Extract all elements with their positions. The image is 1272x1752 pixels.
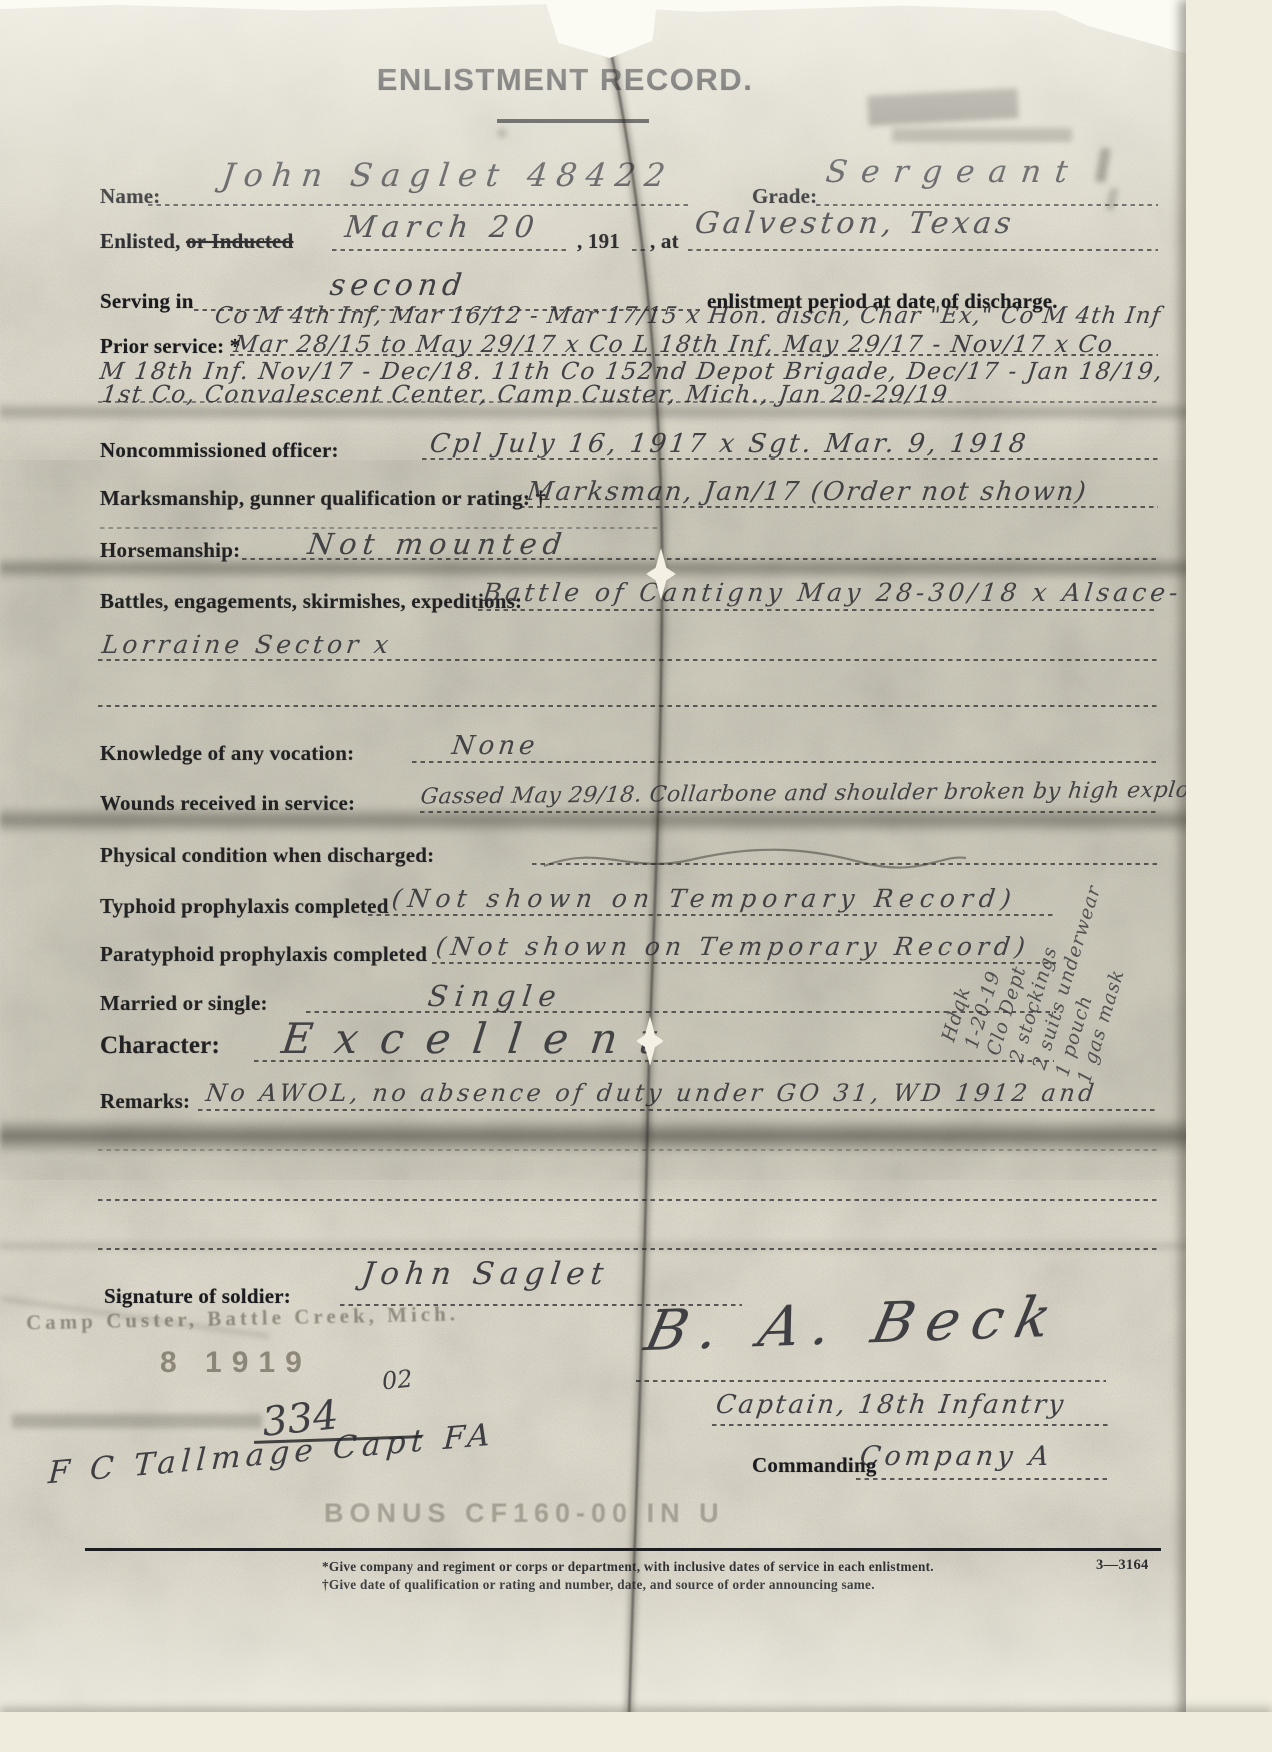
bonus-stamp: BONUS CF160-00 IN U [324, 1498, 725, 1529]
battles-label: Battles, engagements, skirmishes, expedi… [100, 589, 522, 614]
enlisted-year-label: , 191 [577, 229, 620, 254]
title-rule [497, 119, 649, 123]
enlisted-place-value: Galveston, Texas [693, 206, 1017, 241]
serving-value: second [328, 268, 469, 303]
name-label: Name: [100, 184, 160, 209]
backing-sheet-bottom [0, 1712, 1272, 1752]
dotted-line [688, 249, 1158, 251]
enlisted-date-value: March 20 [343, 210, 542, 245]
smudged-stamp-remnant [867, 88, 1018, 126]
commanding-value: Company A [858, 1441, 1054, 1472]
footnote-2: †Give date of qualification or rating an… [322, 1577, 875, 1593]
soldier-signature-value: John Saglet [360, 1256, 612, 1292]
nco-value: Cpl July 16, 1917 x Sgt. Mar. 9, 1918 [428, 429, 1030, 459]
crease-band [0, 556, 1272, 580]
prior-service-line1: Mar 28/15 to May 29/17 x Co L 18th Inf, … [232, 330, 1115, 358]
torn-top-tab [545, 0, 657, 58]
ink-speck [1105, 187, 1118, 210]
crease-band [0, 1240, 1272, 1252]
physical-scribble [540, 840, 970, 876]
crease-band [0, 806, 1272, 834]
dotted-line [332, 249, 570, 251]
dotted-line [636, 1380, 1106, 1382]
vocation-value: None [450, 731, 540, 761]
remarks-line1: No AWOL, no absence of duty under GO 31,… [204, 1079, 1099, 1107]
officer-title: Captain, 18th Infantry [714, 1390, 1067, 1420]
marksmanship-value: Marksman, Jan/17 (Order not shown) [525, 477, 1089, 507]
backing-sheet-right [1186, 0, 1272, 1752]
dotted-line [148, 204, 688, 206]
dotted-line [98, 659, 1158, 661]
dotted-line [98, 705, 1158, 707]
nco-label: Noncommissioned officer: [100, 438, 339, 463]
prior-service-line-above: Co M 4th Inf, Mar 16/12 - Mar 17/15 x Ho… [213, 303, 1162, 329]
officer-signature: B. A. Beck [639, 1285, 1069, 1364]
paratyphoid-label: Paratyphoid prophylaxis completed [100, 942, 427, 967]
battles-line1: Battle of Cantigny May 28-30/18 x Alsace… [481, 578, 1183, 607]
bottom-rule [85, 1548, 1161, 1551]
name-value: John Saglet 48422 [220, 156, 677, 194]
dotted-line [856, 1478, 1108, 1480]
marksmanship-label: Marksmanship, gunner qualification or ra… [100, 486, 546, 511]
vocation-label: Knowledge of any vocation: [100, 741, 354, 766]
remarks-smudge-band [0, 1118, 1272, 1154]
typhoid-label: Typhoid prophylaxis completed [100, 894, 389, 919]
enlisted-at-label: , at [650, 229, 679, 254]
ink-speck [497, 128, 507, 138]
serving-label: Serving in [100, 289, 194, 314]
document-scan: ENLISTMENT RECORD. Name: John Saglet 484… [0, 0, 1272, 1752]
footnote-1: *Give company and regiment or corps or d… [322, 1559, 934, 1575]
dotted-line [478, 609, 1158, 611]
physical-label: Physical condition when discharged: [100, 843, 434, 868]
prior-service-label: Prior service: * [100, 334, 240, 359]
smudged-stamp-remnant [892, 128, 1072, 142]
date-stamp: 8 1919 [160, 1346, 312, 1380]
dotted-line [98, 1199, 1158, 1201]
dotted-line [632, 249, 646, 251]
amount-cents: 02 [381, 1364, 414, 1395]
dotted-line [198, 1109, 1158, 1111]
married-value: Single [426, 979, 565, 1013]
married-label: Married or single: [100, 991, 268, 1016]
character-label: Character: [100, 1032, 220, 1060]
battles-line2: Lorraine Sector x [100, 630, 394, 659]
dotted-line [368, 914, 1056, 916]
grade-value: Sergeant [824, 154, 1084, 190]
page-title: ENLISTMENT RECORD. [315, 62, 815, 98]
faint-stamp-smudge [12, 1414, 262, 1428]
form-number: 3—3164 [1096, 1557, 1149, 1574]
enlisted-label: Enlisted, or Inducted [100, 229, 293, 254]
remarks-label: Remarks: [100, 1089, 190, 1114]
ink-speck [1095, 147, 1111, 182]
enlisted-label-struck: or Inducted [186, 229, 293, 253]
character-value: Excellent [279, 1014, 681, 1063]
dotted-line [712, 1424, 1108, 1426]
paratyphoid-value: (Not shown on Temporary Record) [434, 932, 1031, 961]
typhoid-value: (Not shown on Temporary Record) [390, 884, 1018, 913]
crease-band [0, 402, 1272, 422]
